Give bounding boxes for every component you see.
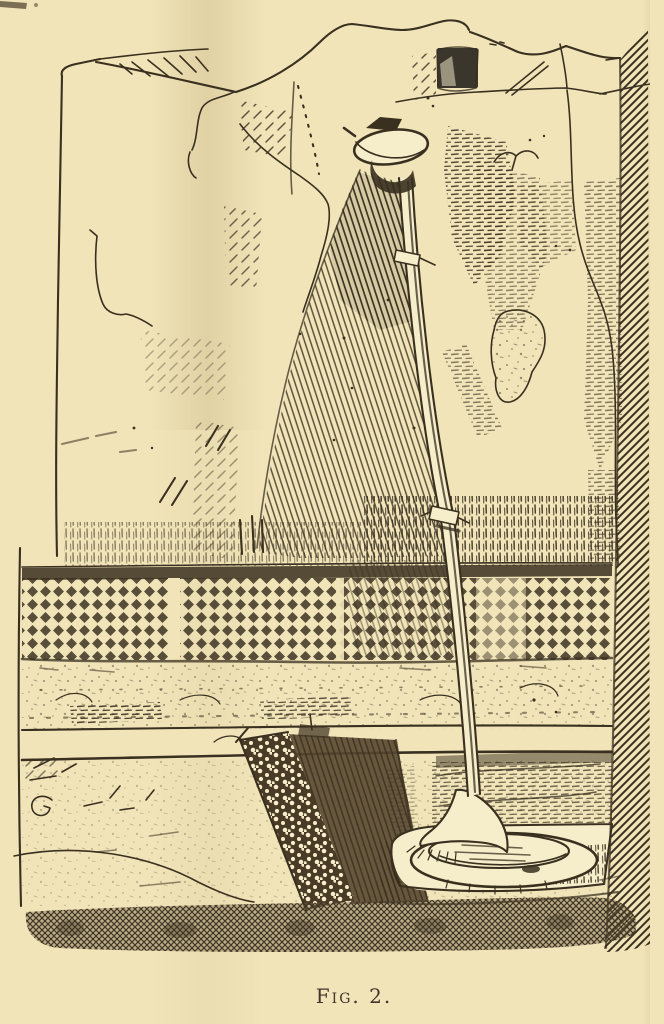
- rubble-band: [22, 662, 612, 732]
- lattice-fence-band: [22, 564, 612, 672]
- figure-caption: Fig. 2.: [316, 984, 392, 1008]
- fence-panel-gap: [168, 578, 180, 660]
- scanned-book-page: Fig. 2.: [0, 0, 664, 1024]
- figure-engraving: Fig. 2.: [0, 0, 664, 1024]
- hole-fringe-scribble: [412, 52, 436, 100]
